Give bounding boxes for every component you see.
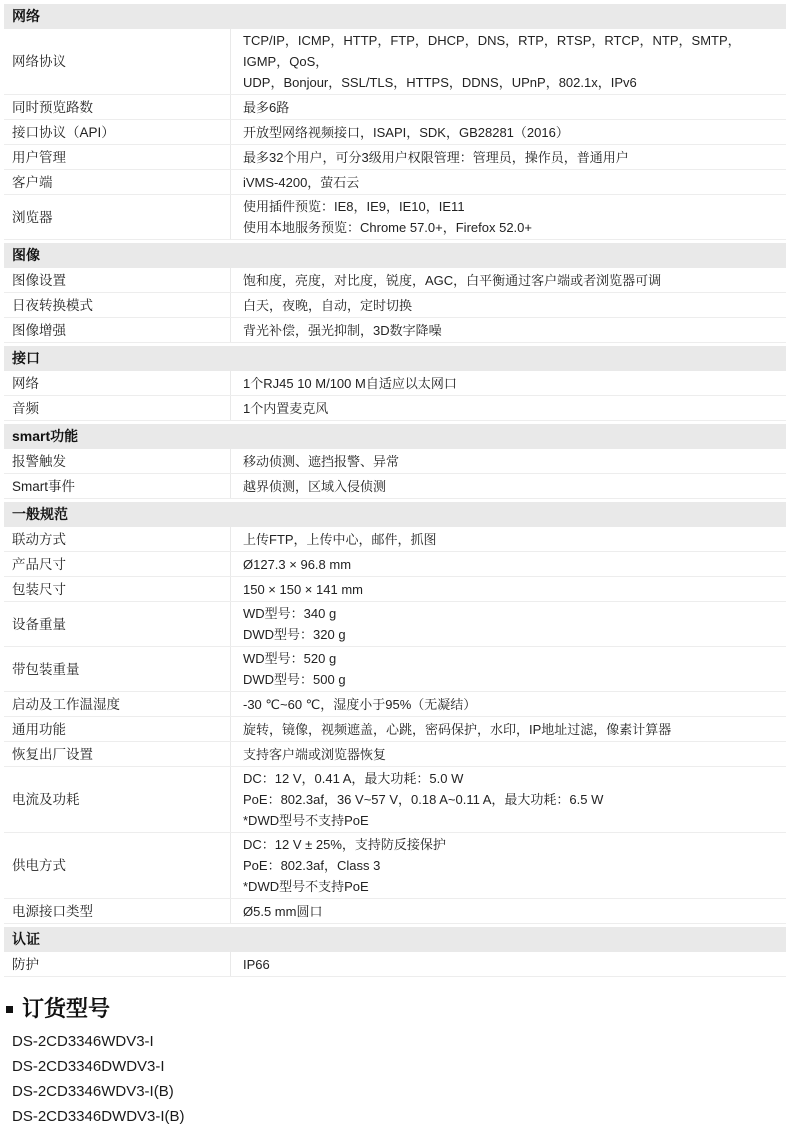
spec-label: 通用功能 [4,717,230,741]
spec-label: Smart事件 [4,474,230,498]
spec-value: 开放型网络视频接口，ISAPI，SDK，GB28281（2016） [230,120,786,144]
spec-label: 报警触发 [4,449,230,473]
order-title-text: 订货型号 [22,993,110,1025]
spec-label: 用户管理 [4,145,230,169]
spec-value: 最多6路 [230,95,786,119]
spec-value: Ø127.3 × 96.8 mm [230,552,786,576]
spec-value-line: 最多32个用户，可分3级用户权限管理：管理员，操作员，普通用户 [243,147,774,168]
section-header: 接口 [4,346,786,371]
spec-label: 防护 [4,952,230,976]
spec-row: 图像设置饱和度，亮度，对比度，锐度，AGC，白平衡通过客户端或者浏览器可调 [4,268,786,293]
spec-row: 报警触发移动侦测、遮挡报警、异常 [4,449,786,474]
spec-row: 供电方式DC：12 V ± 25%，支持防反接保护PoE：802.3af，Cla… [4,833,786,899]
spec-value: 150 × 150 × 141 mm [230,577,786,601]
spec-row: 接口协议（API）开放型网络视频接口，ISAPI，SDK，GB28281（201… [4,120,786,145]
spec-label: 网络 [4,371,230,395]
spec-label: 联动方式 [4,527,230,551]
spec-value: 使用插件预览：IE8，IE9，IE10，IE11使用本地服务预览：Chrome … [230,195,786,239]
spec-value: 旋转，镜像，视频遮盖，心跳，密码保护，水印，IP地址过滤，像素计算器 [230,717,786,741]
spec-value: WD型号：520 gDWD型号：500 g [230,647,786,691]
spec-label: 启动及工作温湿度 [4,692,230,716]
spec-value: DC：12 V ± 25%，支持防反接保护PoE：802.3af，Class 3… [230,833,786,898]
spec-value-line: Ø127.3 × 96.8 mm [243,554,774,575]
spec-row: 网络1个RJ45 10 M/100 M自适应以太网口 [4,371,786,396]
spec-value: IP66 [230,952,786,976]
spec-label: 设备重量 [4,602,230,646]
model-item: DS-2CD3346WDV3-I(B) [12,1079,786,1104]
spec-value-line: *DWD型号不支持PoE [243,876,774,897]
spec-value: 背光补偿，强光抑制，3D数字降噪 [230,318,786,342]
spec-value-line: WD型号：340 g [243,603,774,624]
spec-row: 联动方式上传FTP，上传中心，邮件，抓图 [4,527,786,552]
spec-value: -30 ℃~60 ℃，湿度小于95%（无凝结） [230,692,786,716]
spec-row: 通用功能旋转，镜像，视频遮盖，心跳，密码保护，水印，IP地址过滤，像素计算器 [4,717,786,742]
spec-row: 带包装重量WD型号：520 gDWD型号：500 g [4,647,786,692]
spec-label: 带包装重量 [4,647,230,691]
spec-value: DC：12 V，0.41 A，最大功耗：5.0 WPoE：802.3af，36 … [230,767,786,832]
spec-value: iVMS-4200，萤石云 [230,170,786,194]
square-bullet-icon [6,1006,13,1013]
spec-row: 设备重量WD型号：340 gDWD型号：320 g [4,602,786,647]
spec-label: 客户端 [4,170,230,194]
spec-label: 供电方式 [4,833,230,898]
spec-row: 恢复出厂设置支持客户端或浏览器恢复 [4,742,786,767]
spec-label: 网络协议 [4,29,230,94]
spec-value: WD型号：340 gDWD型号：320 g [230,602,786,646]
model-item: DS-2CD3346WDV3-I [12,1029,786,1054]
spec-value-line: 白天，夜晚，自动，定时切换 [243,295,774,316]
spec-value: 白天，夜晚，自动，定时切换 [230,293,786,317]
spec-value-line: UDP，Bonjour，SSL/TLS，HTTPS，DDNS，UPnP，802.… [243,72,774,93]
spec-row: 防护IP66 [4,952,786,977]
spec-value-line: -30 ℃~60 ℃，湿度小于95%（无凝结） [243,694,774,715]
spec-label: 接口协议（API） [4,120,230,144]
spec-label: 音频 [4,396,230,420]
spec-value-line: *DWD型号不支持PoE [243,810,774,831]
spec-value-line: 上传FTP，上传中心，邮件，抓图 [243,529,774,550]
spec-label: 电源接口类型 [4,899,230,923]
spec-value: Ø5.5 mm圆口 [230,899,786,923]
spec-row: 电流及功耗DC：12 V，0.41 A，最大功耗：5.0 WPoE：802.3a… [4,767,786,833]
spec-value-line: 旋转，镜像，视频遮盖，心跳，密码保护，水印，IP地址过滤，像素计算器 [243,719,774,740]
spec-value-line: 饱和度，亮度，对比度，锐度，AGC，白平衡通过客户端或者浏览器可调 [243,270,774,291]
spec-value: 最多32个用户，可分3级用户权限管理：管理员，操作员，普通用户 [230,145,786,169]
spec-row: 电源接口类型Ø5.5 mm圆口 [4,899,786,924]
spec-value-line: DWD型号：500 g [243,669,774,690]
spec-value-line: 背光补偿，强光抑制，3D数字降噪 [243,320,774,341]
spec-row: 用户管理最多32个用户，可分3级用户权限管理：管理员，操作员，普通用户 [4,145,786,170]
spec-value-line: 越界侦测，区域入侵侦测 [243,476,774,497]
spec-value-line: DWD型号：320 g [243,624,774,645]
spec-page: 网络网络协议TCP/IP，ICMP，HTTP，FTP，DHCP，DNS，RTP，… [0,0,790,1129]
spec-row: 启动及工作温湿度-30 ℃~60 ℃，湿度小于95%（无凝结） [4,692,786,717]
spec-row: 客户端iVMS-4200，萤石云 [4,170,786,195]
spec-label: 图像设置 [4,268,230,292]
spec-label: 同时预览路数 [4,95,230,119]
spec-label: 恢复出厂设置 [4,742,230,766]
section-header: 一般规范 [4,502,786,527]
spec-label: 电流及功耗 [4,767,230,832]
model-list: DS-2CD3346WDV3-IDS-2CD3346DWDV3-IDS-2CD3… [6,1029,786,1129]
spec-label: 日夜转换模式 [4,293,230,317]
spec-value: 1个内置麦克风 [230,396,786,420]
spec-value: 饱和度，亮度，对比度，锐度，AGC，白平衡通过客户端或者浏览器可调 [230,268,786,292]
spec-value-line: 最多6路 [243,97,774,118]
spec-value: TCP/IP，ICMP，HTTP，FTP，DHCP，DNS，RTP，RTSP，R… [230,29,786,94]
spec-label: 包装尺寸 [4,577,230,601]
model-item: DS-2CD3346DWDV3-I(B) [12,1104,786,1129]
spec-value: 上传FTP，上传中心，邮件，抓图 [230,527,786,551]
spec-label: 产品尺寸 [4,552,230,576]
spec-value: 支持客户端或浏览器恢复 [230,742,786,766]
order-section: 订货型号 DS-2CD3346WDV3-IDS-2CD3346DWDV3-IDS… [4,993,786,1129]
spec-value-line: TCP/IP，ICMP，HTTP，FTP，DHCP，DNS，RTP，RTSP，R… [243,30,774,72]
section-header: 网络 [4,4,786,29]
spec-value-line: DC：12 V，0.41 A，最大功耗：5.0 W [243,768,774,789]
section-header: 图像 [4,243,786,268]
spec-row: 同时预览路数最多6路 [4,95,786,120]
spec-value-line: IP66 [243,954,774,975]
spec-label: 图像增强 [4,318,230,342]
section-header: 认证 [4,927,786,952]
spec-value-line: PoE：802.3af，36 V~57 V，0.18 A~0.11 A，最大功耗… [243,789,774,810]
spec-row: 产品尺寸Ø127.3 × 96.8 mm [4,552,786,577]
spec-row: 音频1个内置麦克风 [4,396,786,421]
spec-value-line: iVMS-4200，萤石云 [243,172,774,193]
spec-row: 日夜转换模式白天，夜晚，自动，定时切换 [4,293,786,318]
spec-table: 网络网络协议TCP/IP，ICMP，HTTP，FTP，DHCP，DNS，RTP，… [4,4,786,977]
spec-value-line: Ø5.5 mm圆口 [243,901,774,922]
spec-row: 网络协议TCP/IP，ICMP，HTTP，FTP，DHCP，DNS，RTP，RT… [4,29,786,95]
spec-value-line: 开放型网络视频接口，ISAPI，SDK，GB28281（2016） [243,122,774,143]
spec-value-line: PoE：802.3af，Class 3 [243,855,774,876]
spec-row: 包装尺寸150 × 150 × 141 mm [4,577,786,602]
spec-value-line: WD型号：520 g [243,648,774,669]
spec-value: 1个RJ45 10 M/100 M自适应以太网口 [230,371,786,395]
model-item: DS-2CD3346DWDV3-I [12,1054,786,1079]
spec-value: 越界侦测，区域入侵侦测 [230,474,786,498]
spec-row: 图像增强背光补偿，强光抑制，3D数字降噪 [4,318,786,343]
spec-value-line: 使用插件预览：IE8，IE9，IE10，IE11 [243,196,774,217]
spec-value-line: 使用本地服务预览：Chrome 57.0+，Firefox 52.0+ [243,217,774,238]
spec-row: Smart事件越界侦测，区域入侵侦测 [4,474,786,499]
spec-value-line: DC：12 V ± 25%，支持防反接保护 [243,834,774,855]
spec-value: 移动侦测、遮挡报警、异常 [230,449,786,473]
spec-row: 浏览器使用插件预览：IE8，IE9，IE10，IE11使用本地服务预览：Chro… [4,195,786,240]
spec-value-line: 1个内置麦克风 [243,398,774,419]
section-header: smart功能 [4,424,786,449]
spec-value-line: 支持客户端或浏览器恢复 [243,744,774,765]
spec-value-line: 150 × 150 × 141 mm [243,579,774,600]
spec-value-line: 移动侦测、遮挡报警、异常 [243,451,774,472]
spec-value-line: 1个RJ45 10 M/100 M自适应以太网口 [243,373,774,394]
order-title: 订货型号 [6,993,786,1025]
spec-label: 浏览器 [4,195,230,239]
